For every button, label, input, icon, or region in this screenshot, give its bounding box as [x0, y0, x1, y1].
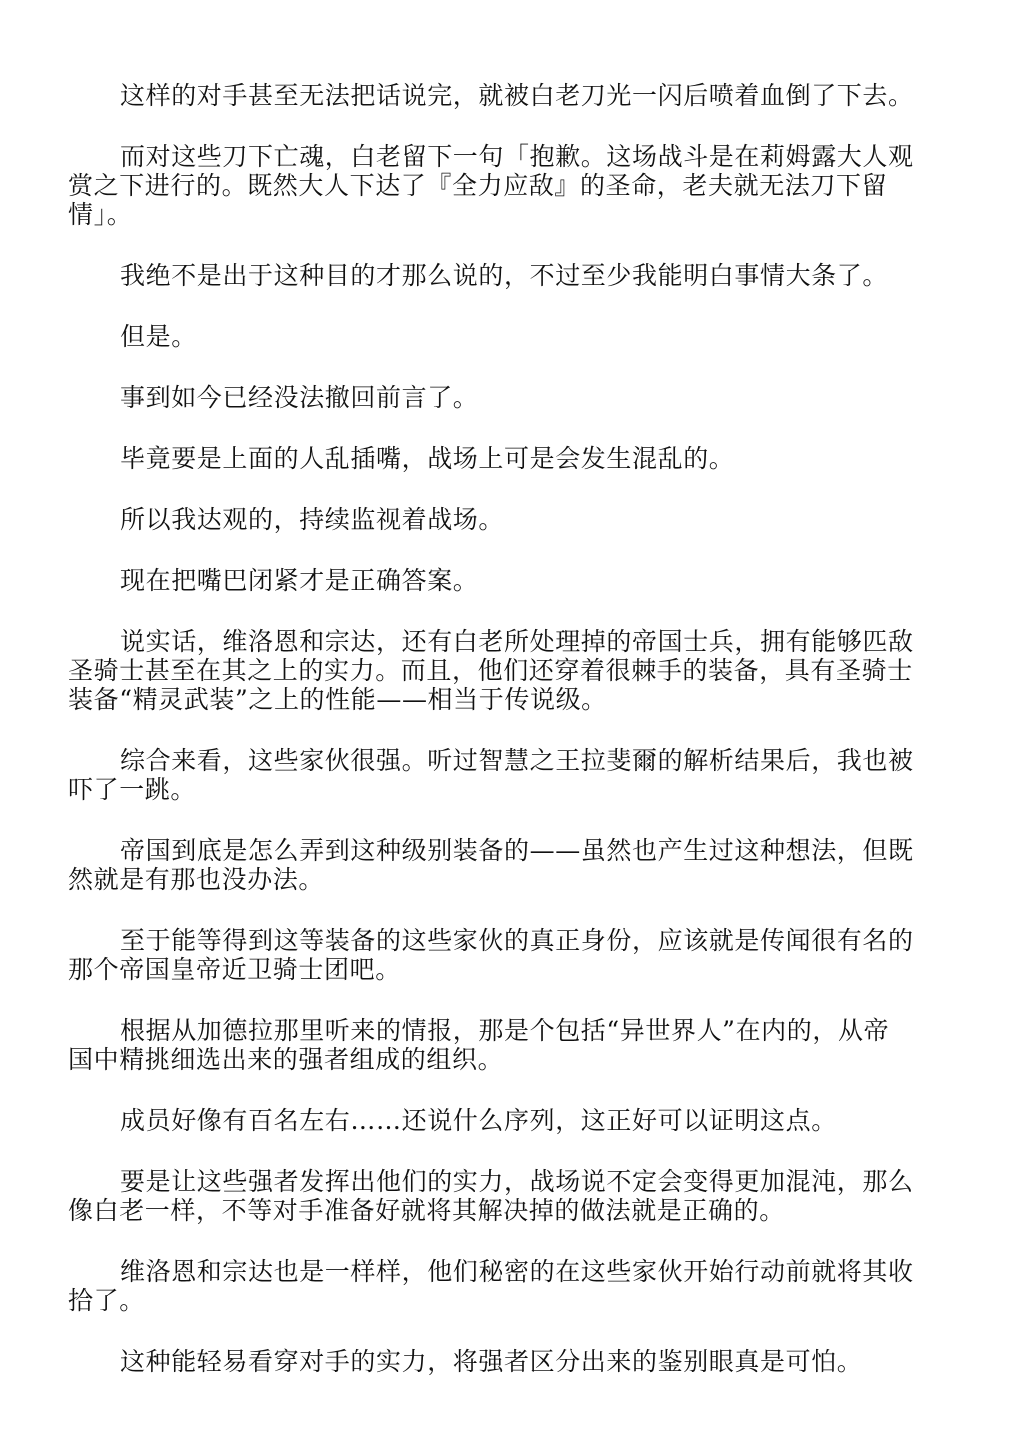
paragraph-1: 这样的对手甚至无法把话说完，就被白老刀光一闪后喷着血倒了下去。: [68, 81, 928, 110]
text-line: 至于能等得到这等装备的这些家伙的真正身份，应该就是传闻很有名的: [68, 926, 928, 955]
paragraph-6: 毕竟要是上面的人乱插嘴，战场上可是会发生混乱的。: [68, 444, 928, 473]
text-line: 综合来看，这些家伙很强。听过智慧之王拉斐爾的解析结果后，我也被: [68, 746, 928, 775]
text-line: 但是。: [68, 322, 928, 351]
paragraph-5: 事到如今已经没法撤回前言了。: [68, 383, 928, 412]
text-line: 根据从加德拉那里听来的情报，那是个包括“异世界人”在内的，从帝: [68, 1016, 928, 1045]
paragraph-4: 但是。: [68, 322, 928, 351]
paragraph-12: 至于能等得到这等装备的这些家伙的真正身份，应该就是传闻很有名的 那个帝国皇帝近卫…: [68, 926, 928, 984]
paragraph-9: 说实话，维洛恩和宗达，还有白老所处理掉的帝国士兵，拥有能够匹敌 圣骑士甚至在其之…: [68, 627, 928, 714]
paragraph-11: 帝国到底是怎么弄到这种级别装备的——虽然也产生过这种想法，但既 然就是有那也没办…: [68, 836, 928, 894]
paragraph-14: 成员好像有百名左右……还说什么序列，这正好可以证明这点。: [68, 1106, 928, 1135]
text-line: 事到如今已经没法撤回前言了。: [68, 383, 928, 412]
text-line: 装备“精灵武装”之上的性能——相当于传说级。: [68, 685, 928, 714]
text-line: 然就是有那也没办法。: [68, 865, 928, 894]
document-page: 这样的对手甚至无法把话说完，就被白老刀光一闪后喷着血倒了下去。 而对这些刀下亡魂…: [68, 81, 928, 1408]
text-line: 所以我达观的，持续监视着战场。: [68, 505, 928, 534]
text-line: 圣骑士甚至在其之上的实力。而且，他们还穿着很棘手的装备，具有圣骑士: [68, 656, 928, 685]
paragraph-17: 这种能轻易看穿对手的实力，将强者区分出来的鉴别眼真是可怕。: [68, 1347, 928, 1376]
text-line: 维洛恩和宗达也是一样样，他们秘密的在这些家伙开始行动前就将其收: [68, 1257, 928, 1286]
paragraph-7: 所以我达观的，持续监视着战场。: [68, 505, 928, 534]
paragraph-15: 要是让这些强者发挥出他们的实力，战场说不定会变得更加混沌，那么 像白老一样，不等…: [68, 1167, 928, 1225]
text-line: 吓了一跳。: [68, 775, 928, 804]
paragraph-16: 维洛恩和宗达也是一样样，他们秘密的在这些家伙开始行动前就将其收 拾了。: [68, 1257, 928, 1315]
text-line: 帝国到底是怎么弄到这种级别装备的——虽然也产生过这种想法，但既: [68, 836, 928, 865]
text-line: 这种能轻易看穿对手的实力，将强者区分出来的鉴别眼真是可怕。: [68, 1347, 928, 1376]
text-line: 那个帝国皇帝近卫骑士团吧。: [68, 955, 928, 984]
paragraph-3: 我绝不是出于这种目的才那么说的，不过至少我能明白事情大条了。: [68, 261, 928, 290]
paragraph-2: 而对这些刀下亡魂，白老留下一句「抱歉。这场战斗是在莉姆露大人观 赏之下进行的。既…: [68, 142, 928, 229]
text-line: 现在把嘴巴闭紧才是正确答案。: [68, 566, 928, 595]
text-line: 要是让这些强者发挥出他们的实力，战场说不定会变得更加混沌，那么: [68, 1167, 928, 1196]
text-line: 国中精挑细选出来的强者组成的组织。: [68, 1045, 928, 1074]
text-line: 成员好像有百名左右……还说什么序列，这正好可以证明这点。: [68, 1106, 928, 1135]
text-line: 我绝不是出于这种目的才那么说的，不过至少我能明白事情大条了。: [68, 261, 928, 290]
text-line: 拾了。: [68, 1286, 928, 1315]
text-line: 像白老一样，不等对手准备好就将其解决掉的做法就是正确的。: [68, 1196, 928, 1225]
text-line: 而对这些刀下亡魂，白老留下一句「抱歉。这场战斗是在莉姆露大人观: [68, 142, 928, 171]
paragraph-13: 根据从加德拉那里听来的情报，那是个包括“异世界人”在内的，从帝 国中精挑细选出来…: [68, 1016, 928, 1074]
text-line: 这样的对手甚至无法把话说完，就被白老刀光一闪后喷着血倒了下去。: [68, 81, 928, 110]
paragraph-10: 综合来看，这些家伙很强。听过智慧之王拉斐爾的解析结果后，我也被 吓了一跳。: [68, 746, 928, 804]
paragraph-8: 现在把嘴巴闭紧才是正确答案。: [68, 566, 928, 595]
text-line: 情」。: [68, 200, 928, 229]
text-line: 说实话，维洛恩和宗达，还有白老所处理掉的帝国士兵，拥有能够匹敌: [68, 627, 928, 656]
text-line: 赏之下进行的。既然大人下达了『全力应敌』的圣命，老夫就无法刀下留: [68, 171, 928, 200]
text-line: 毕竟要是上面的人乱插嘴，战场上可是会发生混乱的。: [68, 444, 928, 473]
